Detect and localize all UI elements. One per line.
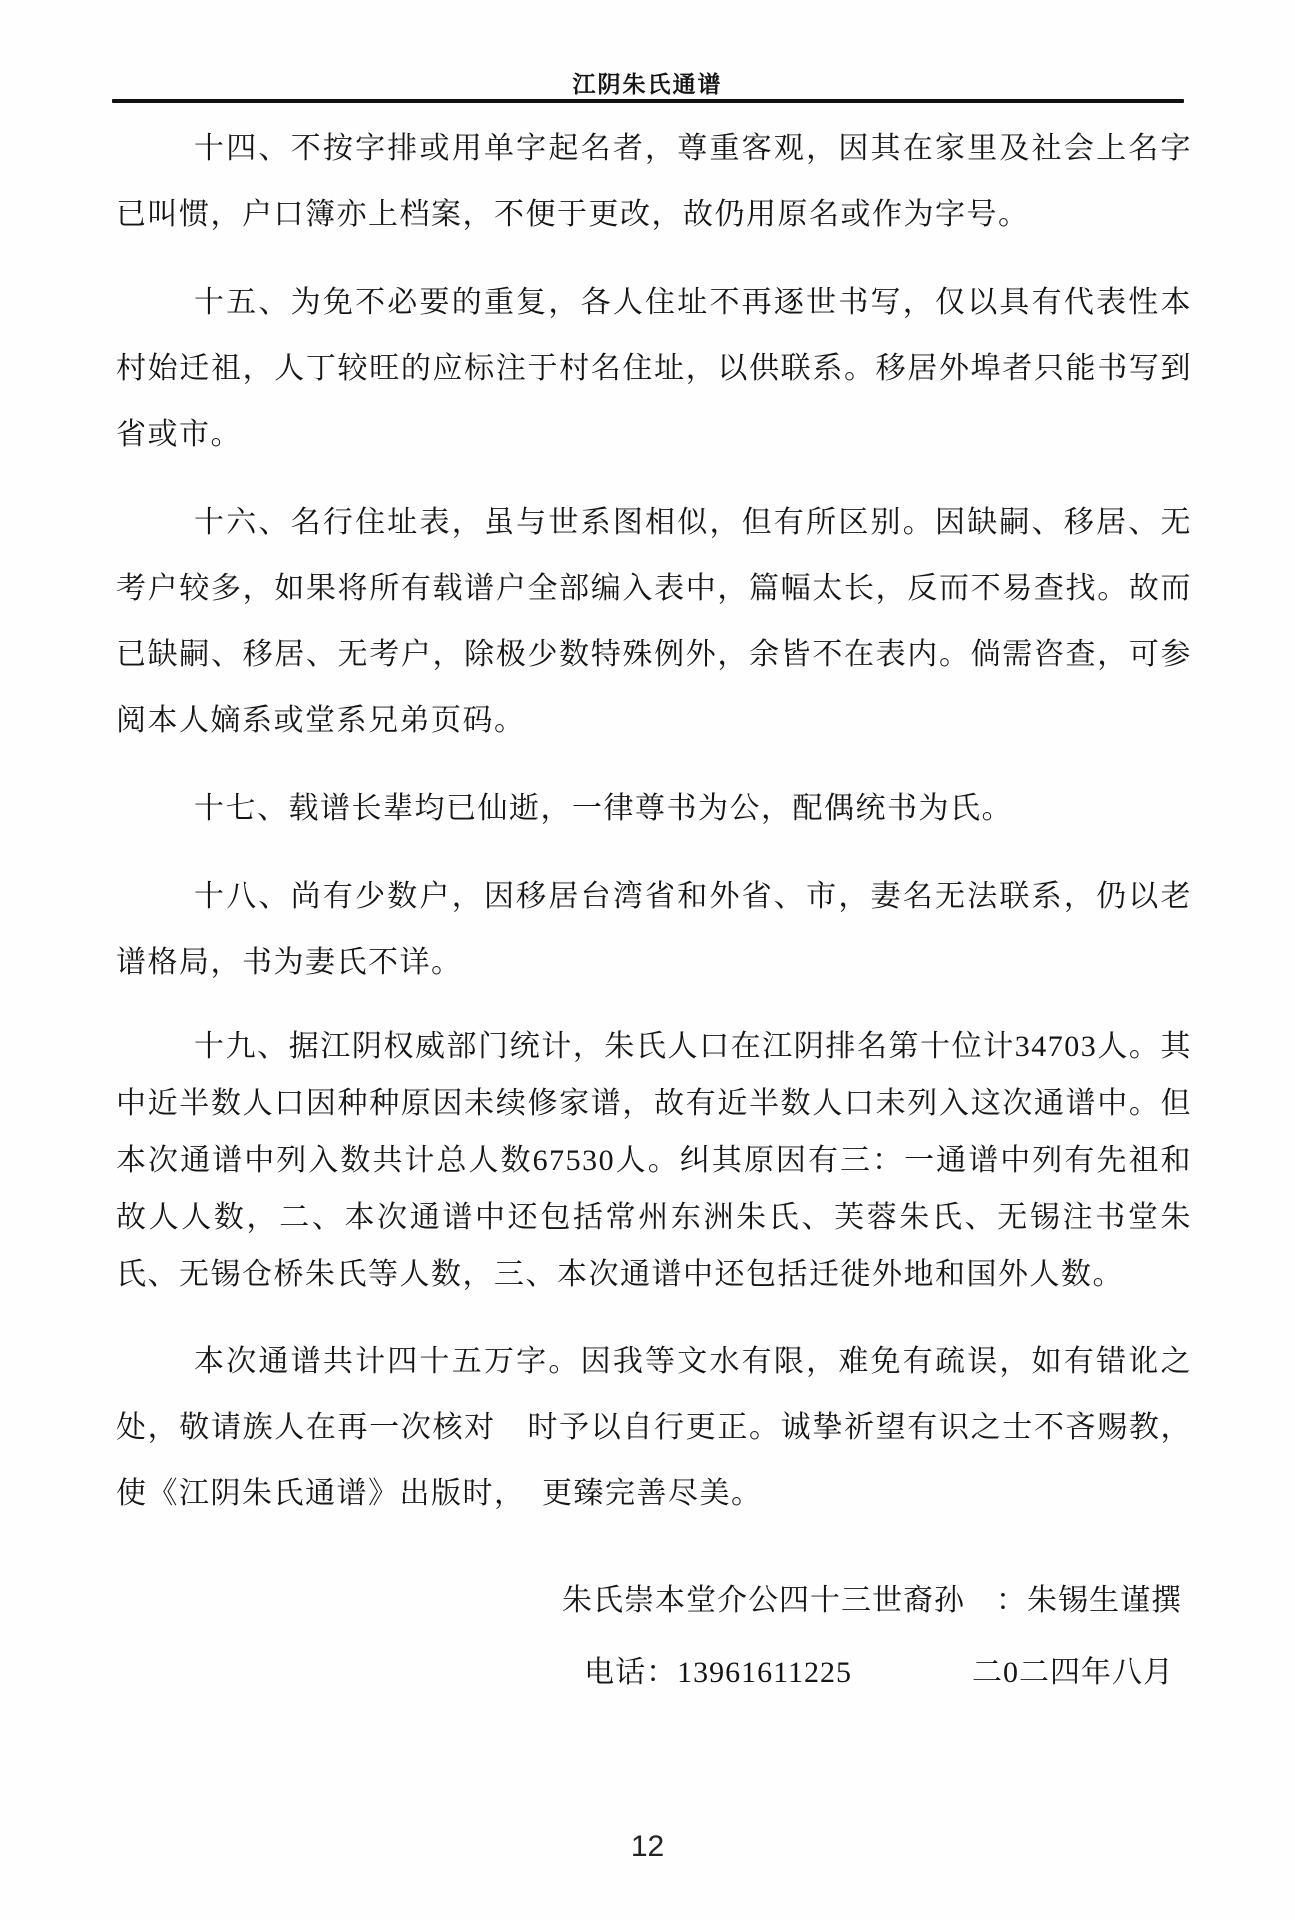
signature-phone: 电话：13961611225: [584, 1647, 852, 1691]
paragraph-17: 十七、载谱长辈均已仙逝，一律尊书为公，配偶统书为氏。: [116, 776, 1192, 842]
paragraph-closing: 本次通谱共计四十五万字。因我等文水有限，难免有疏误，如有错讹之处，敬请族人在再一…: [116, 1329, 1192, 1527]
signature-contact-line: 电话：13961611225 二0二四年八月: [116, 1647, 1192, 1691]
paragraph-15: 十五、为免不必要的重复，各人住址不再逐世书写，仅以具有代表性本村始迁祖，人丁较旺…: [116, 270, 1192, 468]
paragraph-19: 十九、据江阴权威部门统计，朱氏人口在江阴排名第十位计34703人。其中近半数人口…: [116, 1018, 1192, 1303]
paragraph-16: 十六、名行住址表，虽与世系图相似，但有所区别。因缺嗣、移居、无考户较多，如果将所…: [116, 490, 1192, 754]
document-page: 江阴朱氏通谱 十四、不按字排或用单字起名者，尊重客观，因其在家里及社会上名字已叫…: [0, 0, 1295, 1920]
paragraph-14: 十四、不按字排或用单字起名者，尊重客观，因其在家里及社会上名字已叫惯，户口簿亦上…: [116, 116, 1192, 248]
signature-block: 朱氏崇本堂介公四十三世裔孙 ：朱锡生谨撰 电话：13961611225 二0二四…: [116, 1575, 1192, 1691]
page-number: 12: [0, 1830, 1295, 1864]
signature-date: 二0二四年八月: [972, 1647, 1174, 1691]
document-body: 十四、不按字排或用单字起名者，尊重客观，因其在家里及社会上名字已叫惯，户口簿亦上…: [116, 116, 1192, 1549]
paragraph-18: 十八、尚有少数户，因移居台湾省和外省、市，妻名无法联系，仍以老谱格局，书为妻氏不…: [116, 864, 1192, 996]
signature-author-line: 朱氏崇本堂介公四十三世裔孙 ：朱锡生谨撰: [116, 1575, 1192, 1619]
page-header-title: 江阴朱氏通谱: [0, 66, 1295, 99]
header-divider-rule: [112, 99, 1184, 103]
